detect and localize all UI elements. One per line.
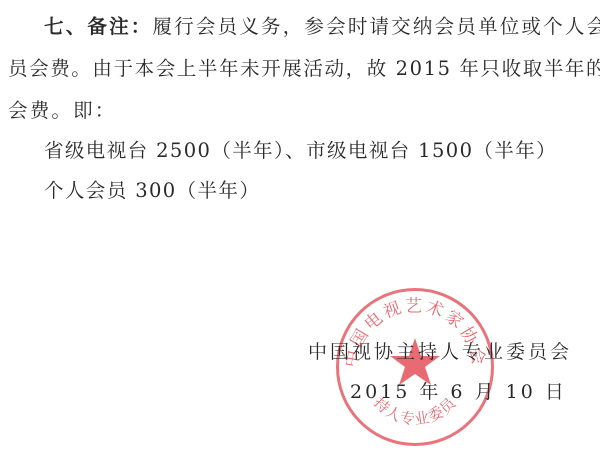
fee-line-individual: 个人会员 300（半年） [44, 175, 260, 203]
fee-line-tv-stations: 省级电视台 2500（半年）、市级电视台 1500（半年） [44, 135, 557, 163]
remarks-heading: 七、备注： [44, 15, 153, 38]
remarks-text: 履行会员义务，参会时请交纳会员单位或个人会 [153, 15, 600, 38]
seal-graphic: 中国电视艺术家协会 主持人专业委员会 [336, 288, 494, 446]
signature-date: 2015 年 6 月 10 日 [350, 377, 567, 404]
remarks-line-3: 会费。即： [8, 95, 117, 123]
signature-organization: 中国视协主持人专业委员会 [308, 337, 572, 364]
official-seal: 中国电视艺术家协会 主持人专业委员会 [336, 288, 494, 446]
remarks-line-1: 七、备注：履行会员义务，参会时请交纳会员单位或个人会 [44, 11, 600, 39]
remarks-line-2: 员会费。由于本会上半年未开展活动，故 2015 年只收取半年的 [8, 53, 600, 81]
